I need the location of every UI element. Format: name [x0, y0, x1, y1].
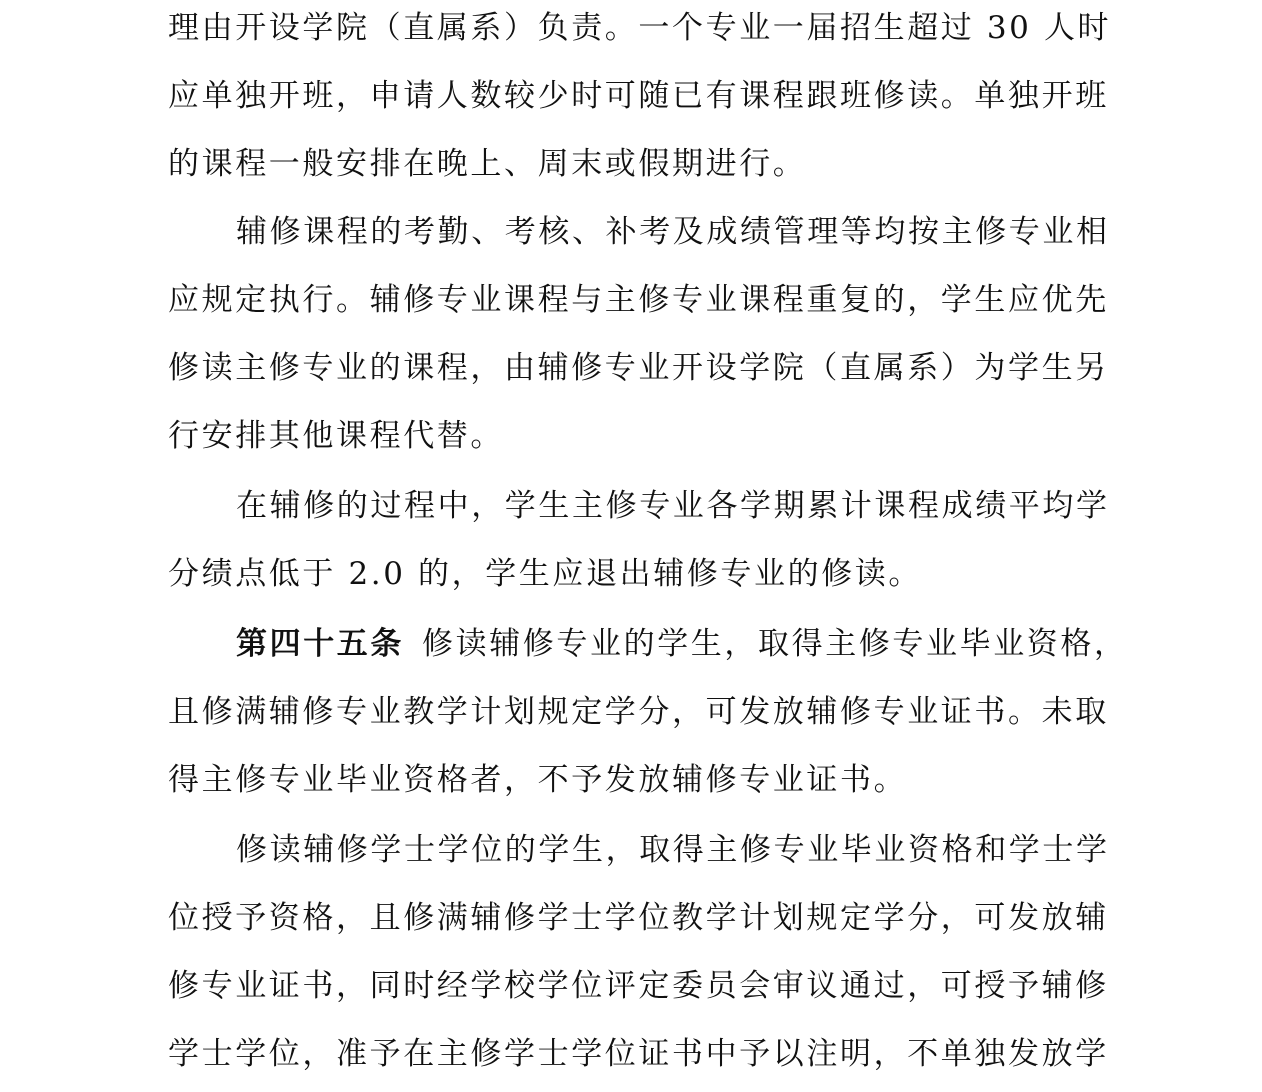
text-line: 应规定执行。辅修专业课程与主修专业课程重复的，学生应优先 — [168, 280, 1108, 320]
text-line: 且修满辅修专业教学计划规定学分，可发放辅修专业证书。未取 — [168, 692, 1108, 732]
text-line: 位授予资格，且修满辅修学士学位教学计划规定学分，可发放辅 — [168, 898, 1108, 938]
text-line: 在辅修的过程中，学生主修专业各学期累计课程成绩平均学 — [236, 486, 1108, 526]
text-line: 理由开设学院（直属系）负责。一个专业一届招生超过 30 人时 — [168, 8, 1108, 48]
text-line: 修读主修专业的课程，由辅修专业开设学院（直属系）为学生另 — [168, 348, 1108, 388]
article-first-line: 第四十五条修读辅修专业的学生，取得主修专业毕业资格， — [236, 624, 1108, 664]
text-segment: 修读辅修专业的学生，取得主修专业毕业资格， — [422, 626, 1128, 662]
text-line: 学士学位，准予在主修学士学位证书中予以注明，不单独发放学 — [168, 1034, 1108, 1074]
document-page: 理由开设学院（直属系）负责。一个专业一届招生超过 30 人时 应单独开班，申请人… — [0, 0, 1262, 1092]
text-line: 辅修课程的考勤、考核、补考及成绩管理等均按主修专业相 — [236, 212, 1108, 252]
text-line: 修专业证书，同时经学校学位评定委员会审议通过，可授予辅修 — [168, 966, 1108, 1006]
text-line: 修读辅修学士学位的学生，取得主修专业毕业资格和学士学 — [236, 830, 1108, 870]
text-line: 得主修专业毕业资格者，不予发放辅修专业证书。 — [168, 760, 1108, 800]
text-line: 的课程一般安排在晚上、周末或假期进行。 — [168, 144, 1108, 184]
article-label: 第四十五条 — [236, 626, 404, 662]
text-line: 分绩点低于 2.0 的，学生应退出辅修专业的修读。 — [168, 554, 1108, 594]
text-line: 行安排其他课程代替。 — [168, 416, 1108, 456]
text-line: 应单独开班，申请人数较少时可随已有课程跟班修读。单独开班 — [168, 76, 1108, 116]
